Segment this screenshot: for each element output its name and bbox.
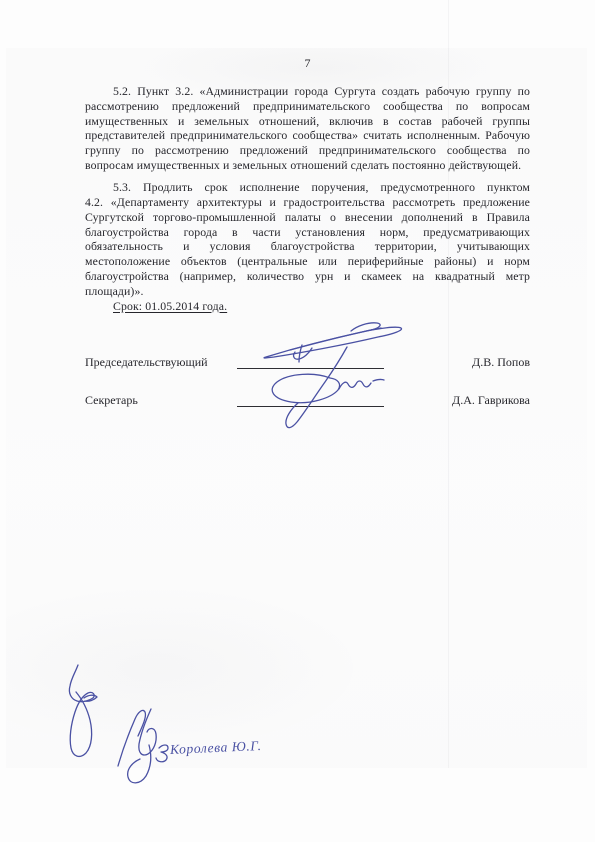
signature-name: Д.А. Гаврикова <box>384 394 530 407</box>
handwritten-initials-ink <box>118 709 168 783</box>
text-line: благоустройства города в части установле… <box>85 225 530 240</box>
signature-rule-line <box>237 356 384 369</box>
deadline-text: Срок: 01.05.2014 года. <box>113 299 227 313</box>
signature-role-label: Председательствующий <box>85 356 237 369</box>
paragraph-5-3: 5.3. Продлить срок исполнение поручения,… <box>85 180 530 298</box>
text-line: имущественных и земельных отношений, вкл… <box>85 114 530 129</box>
paragraph-5-2: 5.2. Пункт 3.2. «Администрации города Су… <box>85 84 530 173</box>
text-line: благоустройства (например, количество ур… <box>85 269 530 284</box>
deadline-line: Срок: 01.05.2014 года. <box>85 299 530 314</box>
text-line: группу по рассмотрению предложений предп… <box>85 143 530 158</box>
document-page: 7 5.2. Пункт 3.2. «Администрации города … <box>0 0 595 842</box>
signature-name: Д.В. Попов <box>384 356 530 369</box>
handwritten-name-note: Королева Ю.Г. <box>170 738 262 758</box>
text-line: представителей предпринимательского сооб… <box>85 128 530 143</box>
text-line: обязательность и условия благоустройства… <box>85 239 530 254</box>
page-number: 7 <box>20 56 595 71</box>
document-body: 5.2. Пункт 3.2. «Администрации города Су… <box>85 84 530 313</box>
signature-role-label: Секретарь <box>85 394 237 407</box>
text-line: 5.2. Пункт 3.2. «Администрации города Су… <box>85 84 530 99</box>
text-line: рассмотрению предложений предприниматель… <box>85 99 530 114</box>
handwritten-signature-left-ink <box>69 665 97 756</box>
text-line: вопросам имущественных и земельных отнош… <box>85 158 530 173</box>
signature-row-secretary: Секретарь Д.А. Гаврикова <box>85 393 530 407</box>
text-line: 5.3. Продлить срок исполнение поручения,… <box>85 180 530 195</box>
text-line: площади)». <box>85 284 530 299</box>
text-line: 4.2. «Департаменту архитектуры и градост… <box>85 195 530 210</box>
signature-rule-line <box>237 394 384 407</box>
text-line: Сургутской торгово-промышленной палаты о… <box>85 210 530 225</box>
text-line: местоположение объектов (центральные или… <box>85 254 530 269</box>
signature-row-chairman: Председательствующий Д.В. Попов <box>85 355 530 369</box>
